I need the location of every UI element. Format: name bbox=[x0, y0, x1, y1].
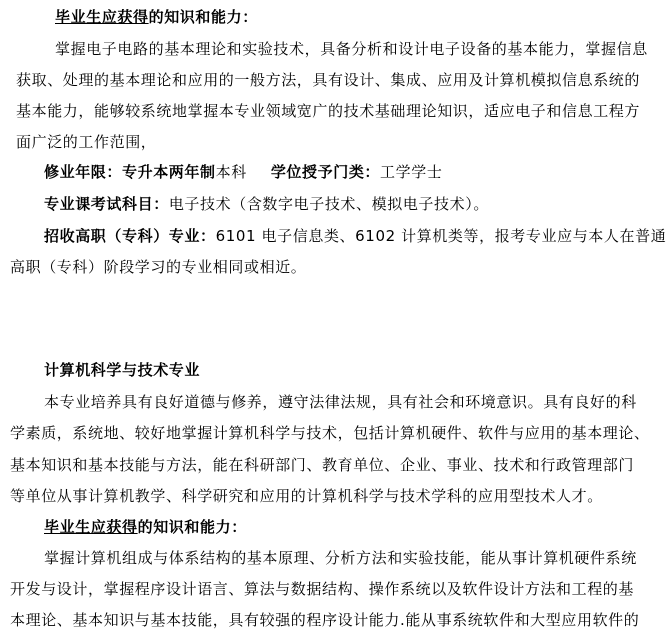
section2-intro-line: 学素质，系统地、较好地掌握计算机科学与技术，包括计算机硬件、软件与应用的基本理论… bbox=[10, 423, 650, 443]
section2-intro-line: 等单位从事计算机教学、科学研究和应用的计算机科学与技术学科的应用型技术人才。 bbox=[10, 486, 603, 506]
exam-value: 电子技术（含数字电子技术、模拟电子技术）。 bbox=[169, 195, 489, 213]
enroll-label: 招收高职（专科）专业： bbox=[44, 227, 216, 245]
section2-intro-line: 基本知识和基本技能与方法，能在科研部门、教育单位、企业、事业、技术和行政管理部门 bbox=[10, 455, 634, 475]
section1-exam-row: 专业课考试科目：电子技术（含数字电子技术、模拟电子技术）。 bbox=[44, 194, 489, 214]
section2-title: 计算机科学与技术专业 bbox=[44, 360, 200, 380]
section1-ability-line: 基本能力，能够较系统地掌握本专业领域宽广的技术基础理论知识，适应电子和信息工程方 bbox=[16, 101, 640, 121]
section1-ability-line: 面广泛的工作范围， bbox=[16, 132, 156, 152]
duration-value: 本科 bbox=[216, 163, 247, 181]
heading-rest: 的知识和能力： bbox=[138, 518, 247, 536]
section2-abilities-heading: 毕业生应获得的知识和能力： bbox=[44, 517, 247, 537]
section2-intro-line: 本专业培养具有良好道德与修养，遵守法律法规，具有社会和环境意识。具有良好的科 bbox=[44, 392, 637, 412]
section1-duration-row: 修业年限：专升本两年制本科学位授予门类：工学学士 bbox=[44, 162, 442, 182]
section1-ability-line: 获取、处理的基本理论和应用的一般方法，具有设计、集成、应用及计算机模拟信息系统的 bbox=[16, 70, 640, 90]
section1-enroll-line2: 高职（专科）阶段学习的专业相同或相近。 bbox=[10, 257, 306, 277]
heading-rest: 的知识和能力： bbox=[149, 8, 258, 26]
enroll-value: 6101 电子信息类、6102 计算机类等，报考专业应与本人在普通 bbox=[216, 227, 666, 245]
exam-label: 专业课考试科目： bbox=[44, 195, 169, 213]
section1-abilities-heading: 毕业生应获得的知识和能力： bbox=[55, 7, 258, 27]
section1-enroll-row: 招收高职（专科）专业：6101 电子信息类、6102 计算机类等，报考专业应与本… bbox=[44, 226, 666, 246]
heading-underlined-part: 毕业生应获得 bbox=[55, 8, 149, 26]
degree-value: 工学学士 bbox=[380, 163, 442, 181]
section2-ability-line: 开发与设计，掌握程序设计语言、算法与数据结构、操作系统以及软件设计方法和工程的基 bbox=[10, 579, 634, 599]
heading-underlined-part: 毕业生应获得 bbox=[44, 518, 138, 536]
section2-ability-line: 掌握计算机组成与体系结构的基本原理、分析方法和实验技能，能从事计算机硬件系统 bbox=[44, 548, 637, 568]
degree-label: 学位授予门类： bbox=[271, 163, 380, 181]
section1-ability-line: 掌握电子电路的基本理论和实验技术，具备分析和设计电子设备的基本能力，掌握信息 bbox=[55, 39, 648, 59]
section2-ability-line: 本理论、基本知识与基本技能，具有较强的程序设计能力.能从事系统软件和大型应用软件… bbox=[10, 610, 639, 630]
duration-label: 修业年限：专升本两年制 bbox=[44, 163, 216, 181]
